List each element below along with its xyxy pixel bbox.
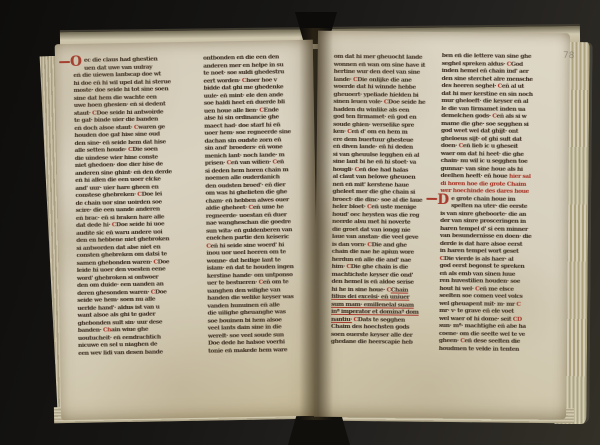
text-line: houdmen te velde in tenten — [439, 345, 549, 354]
text-line: ghedane die heerscapie heb — [331, 339, 429, 348]
manuscript-column-right-1: om dat hi mer gheuocht landewonnen eñ wa… — [331, 54, 432, 351]
manuscript-photo: ec die claus had ghestien uen dat uwe va… — [0, 0, 600, 445]
manuscript-column-right-2: ben eñ die lettere van sine gheseghel sp… — [439, 53, 552, 356]
initial-flourish — [426, 198, 437, 200]
text-line: tonie eñ makede hem ware — [208, 346, 308, 355]
text-line: een wev lidi van desen bande — [78, 349, 184, 358]
right-page: om dat hi mer gheuocht landewonnen eñ wa… — [314, 31, 570, 420]
left-page: ec die claus had ghestien uen dat uwe va… — [55, 40, 320, 420]
initial-flourish — [59, 61, 70, 63]
folio-number: 78 — [563, 51, 575, 61]
illuminated-initial: D — [437, 193, 449, 206]
manuscript-column-left-2: ontbonden eñ die een denanderen mer en h… — [203, 54, 308, 358]
illuminated-initial: O — [70, 56, 82, 69]
manuscript-column-left-1: ec die claus had ghestien uen dat uwe va… — [73, 56, 184, 360]
